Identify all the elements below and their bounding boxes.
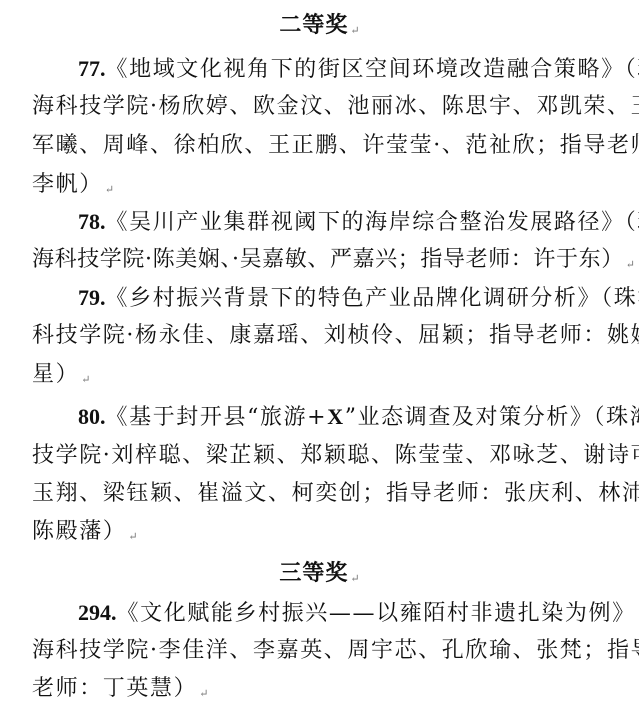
- section-heading-text: 三等奖: [279, 560, 348, 586]
- entry-text: 陈殿藩）: [32, 519, 126, 544]
- entry-text: 《地域文化视角下的街区空间环境改造融合策略》（珠: [106, 57, 639, 82]
- entry-number: 79.: [78, 285, 106, 310]
- section-heading-second-prize: 二等奖↵: [0, 10, 639, 46]
- entry-80-line-3: 玉翔、梁钰颖、崔溢文、柯奕创；指导老师：张庆利、林沛、: [32, 479, 612, 509]
- entry-number: 80.: [78, 404, 106, 429]
- entry-text: ”业态调查及对策分析》（珠海科: [345, 405, 639, 430]
- entry-text: 军曦、周峰、徐柏欣、王正鹏、许莹莹·、范祉欣；指导老师：: [32, 133, 639, 158]
- entry-number: 78.: [78, 209, 106, 234]
- paragraph-mark-icon: ↵: [350, 572, 359, 585]
- entry-text-bold: X: [327, 404, 345, 429]
- entry-text: 《文化赋能乡村振兴——以雍陌村非遗扎染为例》（珠: [117, 601, 639, 626]
- entry-text: 海科技学院·杨欣婷、欧金汶、池丽冰、陈思宇、邓凯荣、王: [32, 94, 639, 119]
- entry-77-line-2: 海科技学院·杨欣婷、欧金汶、池丽冰、陈思宇、邓凯荣、王: [32, 92, 612, 122]
- entry-80-line-2: 技学院·刘梓聪、梁芷颖、郑颖聪、陈莹莹、邓咏芝、谢诗可、: [32, 441, 612, 471]
- entry-text: 技学院·刘梓聪、梁芷颖、郑颖聪、陈莹莹、邓咏芝、谢诗可、: [32, 443, 639, 468]
- entry-text: 《吴川产业集群视阈下的海岸综合整治发展路径》（珠: [106, 210, 639, 235]
- section-heading-third-prize: 三等奖↵: [0, 558, 639, 594]
- entry-number: 77.: [78, 56, 106, 81]
- entry-294-line-1: 294.《文化赋能乡村振兴——以雍陌村非遗扎染为例》（珠: [78, 598, 612, 628]
- paragraph-mark-icon: ↵: [105, 183, 114, 196]
- entry-text: 海科技学院·李佳洋、李嘉英、周宇芯、孔欣瑜、张梵；指导: [32, 638, 639, 663]
- entry-text: 星）: [32, 362, 79, 387]
- entry-text: 李帆）: [32, 172, 103, 197]
- entry-79-line-2: 科技学院·杨永佳、康嘉瑶、刘桢伶、屈颖；指导老师：姚婉: [32, 321, 612, 351]
- document-page: 二等奖↵ 77.《地域文化视角下的街区空间环境改造融合策略》（珠 海科技学院·杨…: [0, 0, 639, 707]
- entry-294-line-3: 老师：丁英慧）↵: [32, 674, 612, 704]
- paragraph-mark-icon: ↵: [350, 24, 359, 37]
- entry-text: 玉翔、梁钰颖、崔溢文、柯奕创；指导老师：张庆利、林沛、: [32, 481, 639, 506]
- entry-number: 294.: [78, 600, 117, 625]
- entry-text: 《基于封开县“旅游+: [106, 405, 328, 430]
- entry-294-line-2: 海科技学院·李佳洋、李嘉英、周宇芯、孔欣瑜、张梵；指导: [32, 636, 612, 666]
- entry-78-line-2: 海科技学院·陈美娴、·吴嘉敏、严嘉兴；指导老师：许于东）↵: [32, 245, 612, 275]
- entry-77-line-3: 军曦、周峰、徐柏欣、王正鹏、许莹莹·、范祉欣；指导老师：: [32, 131, 612, 161]
- paragraph-mark-icon: ↵: [128, 530, 137, 543]
- entry-79-line-1: 79.《乡村振兴背景下的特色产业品牌化调研分析》（珠海: [78, 283, 612, 313]
- section-heading-text: 二等奖: [279, 12, 348, 38]
- entry-80-line-4: 陈殿藩）↵: [32, 517, 612, 547]
- paragraph-mark-icon: ↵: [626, 258, 635, 271]
- entry-text: 《乡村振兴背景下的特色产业品牌化调研分析》（珠海: [106, 286, 639, 311]
- paragraph-mark-icon: ↵: [199, 687, 208, 700]
- entry-text: 科技学院·杨永佳、康嘉瑶、刘桢伶、屈颖；指导老师：姚婉: [32, 323, 639, 348]
- entry-text: 老师：丁英慧）: [32, 676, 197, 701]
- entry-77-line-4: 李帆）↵: [32, 170, 612, 200]
- paragraph-mark-icon: ↵: [81, 373, 90, 386]
- entry-text: 海科技学院·陈美娴、·吴嘉敏、严嘉兴；指导老师：许于东）: [32, 247, 624, 272]
- entry-80-line-1: 80.《基于封开县“旅游+X”业态调查及对策分析》（珠海科: [78, 402, 612, 432]
- entry-78-line-1: 78.《吴川产业集群视阈下的海岸综合整治发展路径》（珠: [78, 207, 612, 237]
- entry-77-line-1: 77.《地域文化视角下的街区空间环境改造融合策略》（珠: [78, 54, 612, 84]
- entry-79-line-3: 星）↵: [32, 360, 612, 390]
